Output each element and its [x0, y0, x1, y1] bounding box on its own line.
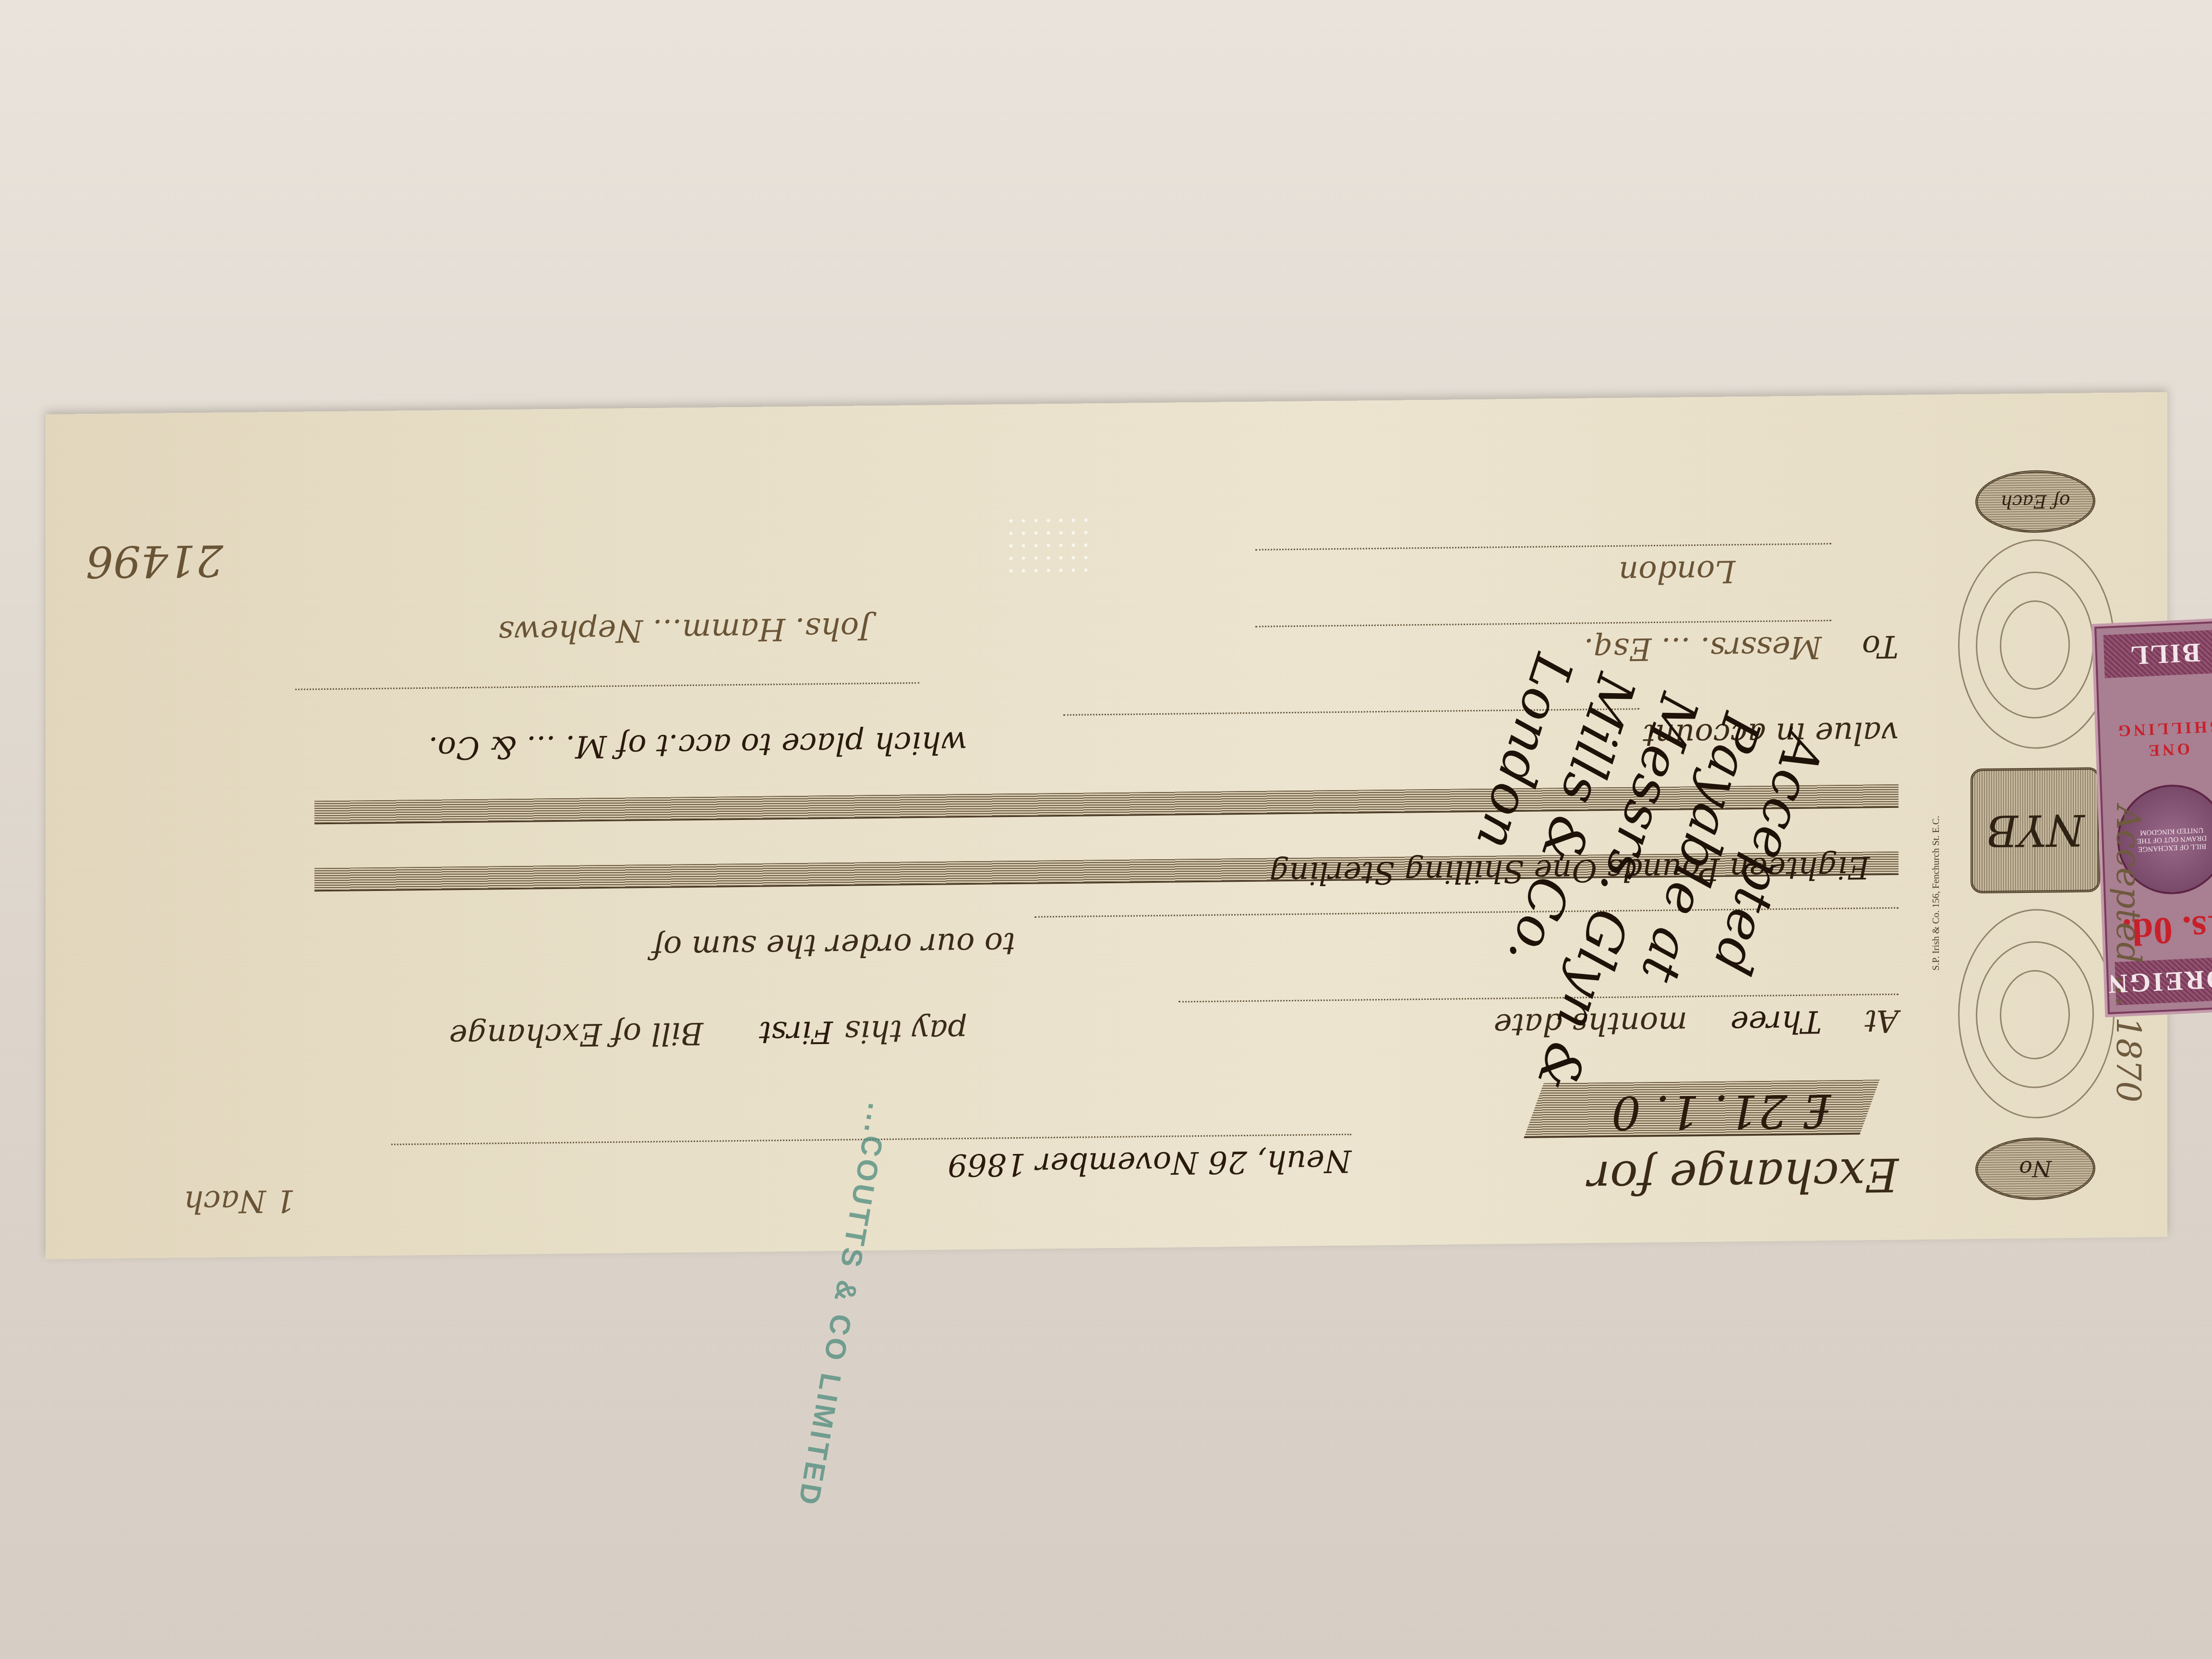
right-margin-note: Accepted ... 1870 [2109, 805, 2148, 1103]
flourish-ornament-icon [1958, 539, 2115, 749]
margin-number: 21496 [86, 535, 223, 587]
drawer-signature: Johs. Hamm... Nephews [498, 610, 871, 649]
corner-note: 1 Nach [184, 1183, 295, 1219]
at-label: At [1864, 1003, 1899, 1039]
city-rule [1255, 543, 1831, 551]
monogram: NYB [1986, 805, 2084, 856]
of-each-oval: of Each [1975, 469, 2095, 533]
stamp-bottom-label: BILL [2104, 629, 2212, 678]
bill-of-exchange: No NYB of Each S.P. Irish & Co. 156, Fen… [46, 392, 2167, 1259]
ornamental-border: No NYB of Each [1951, 460, 2124, 1211]
printer-imprint: S.P. Irish & Co. 156, Fenchurch St. E.C. [1931, 816, 1942, 971]
bill-number: First [759, 1014, 833, 1050]
drawee-city: London [1619, 553, 1735, 590]
order-label: to our order the sum of [652, 926, 1015, 965]
drawee-name: Messrs. ... Esq. [1584, 629, 1822, 667]
which-place-text: which place to acc.t of M. ... & Co. [428, 724, 967, 766]
number-label: No [2019, 1155, 2052, 1182]
of-each-label: of Each [2000, 491, 2070, 513]
signature-rule [295, 682, 919, 690]
to-label: To [1862, 628, 1899, 664]
number-oval: No [1975, 1137, 2095, 1201]
bank-stamp: ...COUTTS & CO LIMITED [792, 1101, 895, 1510]
flourish-ornament-icon [1958, 908, 2115, 1119]
stamp-denomination: ONE SHILLING [2100, 714, 2212, 763]
perforation-cancel-icon [1006, 509, 1092, 577]
monogram-plate: NYB [1971, 767, 2100, 893]
pay-label: pay this [844, 1012, 967, 1049]
drawee-rule [1255, 620, 1831, 627]
bill-of-exchange-label: Bill of Exchange [449, 1015, 703, 1054]
